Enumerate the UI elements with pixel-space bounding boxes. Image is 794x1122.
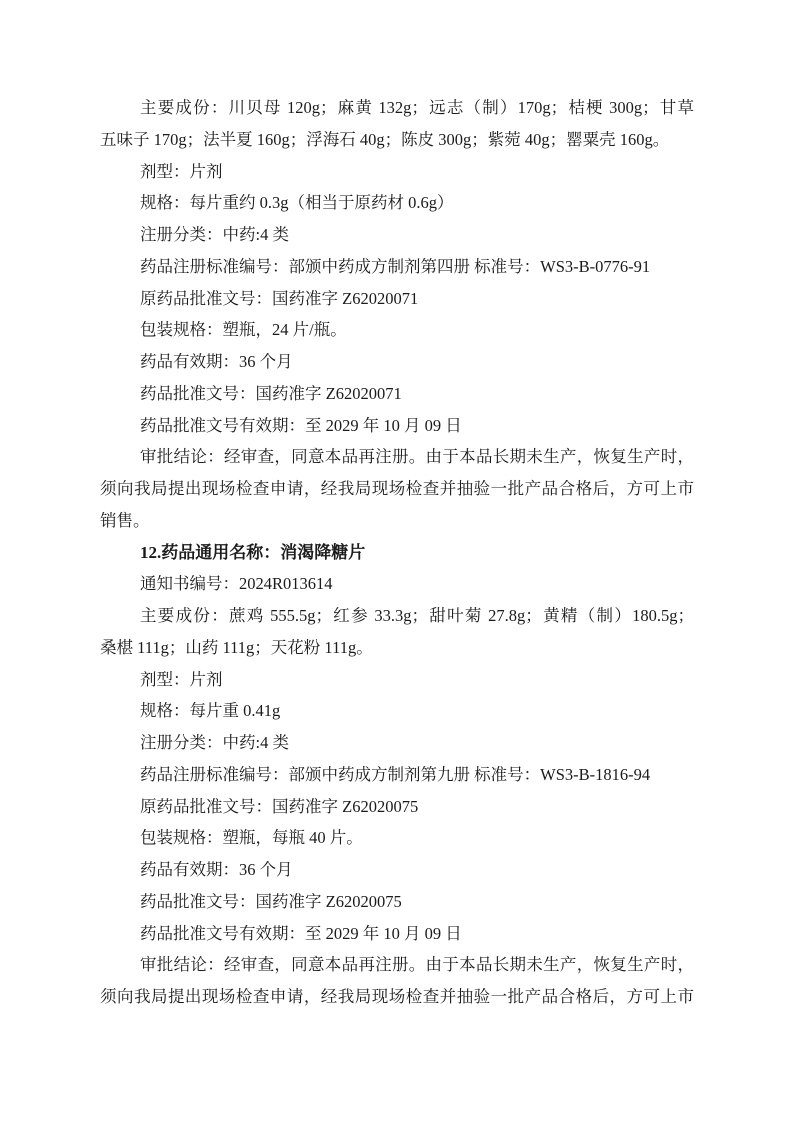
registration-class-11: 注册分类：中药:4 类 [100, 219, 694, 251]
specification-11: 规格：每片重约 0.3g（相当于原药材 0.6g） [100, 187, 694, 219]
dosage-form-11: 剂型：片剂 [100, 156, 694, 188]
ingredients-11-line-1: 主要成份：川贝母 120g；麻黄 132g；远志（制）170g；桔梗 300g；… [100, 92, 694, 124]
approval-number-validity-11: 药品批准文号有效期：至 2029 年 10 月 09 日 [100, 410, 694, 442]
original-approval-number-11: 原药品批准文号：国药准字 Z62020071 [100, 283, 694, 315]
approval-number-11: 药品批准文号：国药准字 Z62020071 [100, 378, 694, 410]
package-spec-11: 包装规格：塑瓶，24 片/瓶。 [100, 314, 694, 346]
approval-number-validity-12: 药品批准文号有效期：至 2029 年 10 月 09 日 [100, 918, 694, 950]
document-page: 主要成份：川贝母 120g；麻黄 132g；远志（制）170g；桔梗 300g；… [0, 0, 794, 1122]
page-body: 主要成份：川贝母 120g；麻黄 132g；远志（制）170g；桔梗 300g；… [100, 92, 694, 1013]
validity-period-12: 药品有效期：36 个月 [100, 854, 694, 886]
ingredients-12-line-1: 主要成份：蔗鸡 555.5g；红参 33.3g；甜叶菊 27.8g；黄精（制）1… [100, 600, 694, 632]
notification-number-12: 通知书编号：2024R013614 [100, 568, 694, 600]
ingredients-11-line-2: 五味子 170g；法半夏 160g；浮海石 40g；陈皮 300g；紫菀 40g… [100, 124, 694, 156]
registration-standard-12: 药品注册标准编号：部颁中药成方制剂第九册 标准号：WS3-B-1816-94 [100, 759, 694, 791]
approval-conclusion-11-line-2: 须向我局提出现场检查申请，经我局现场检查并抽验一批产品合格后，方可上市 [100, 473, 694, 505]
approval-conclusion-12-line-2: 须向我局提出现场检查申请，经我局现场检查并抽验一批产品合格后，方可上市 [100, 981, 694, 1013]
registration-class-12: 注册分类：中药:4 类 [100, 727, 694, 759]
approval-conclusion-12-line-1: 审批结论：经审查，同意本品再注册。由于本品长期未生产，恢复生产时， [100, 949, 694, 981]
approval-conclusion-11-line-1: 审批结论：经审查，同意本品再注册。由于本品长期未生产，恢复生产时， [100, 441, 694, 473]
dosage-form-12: 剂型：片剂 [100, 664, 694, 696]
package-spec-12: 包装规格：塑瓶，每瓶 40 片。 [100, 822, 694, 854]
drug-name-heading-12: 12.药品通用名称：消渴降糖片 [100, 537, 694, 569]
approval-conclusion-11-line-3: 销售。 [100, 505, 694, 537]
specification-12: 规格：每片重 0.41g [100, 695, 694, 727]
drug-entry-11-continued: 主要成份：川贝母 120g；麻黄 132g；远志（制）170g；桔梗 300g；… [100, 92, 694, 537]
validity-period-11: 药品有效期：36 个月 [100, 346, 694, 378]
approval-number-12: 药品批准文号：国药准字 Z62020075 [100, 886, 694, 918]
ingredients-12-line-2: 桑椹 111g；山药 111g；天花粉 111g。 [100, 632, 694, 664]
drug-entry-12: 12.药品通用名称：消渴降糖片 通知书编号：2024R013614 主要成份：蔗… [100, 537, 694, 1013]
registration-standard-11: 药品注册标准编号：部颁中药成方制剂第四册 标准号：WS3-B-0776-91 [100, 251, 694, 283]
original-approval-number-12: 原药品批准文号：国药准字 Z62020075 [100, 791, 694, 823]
